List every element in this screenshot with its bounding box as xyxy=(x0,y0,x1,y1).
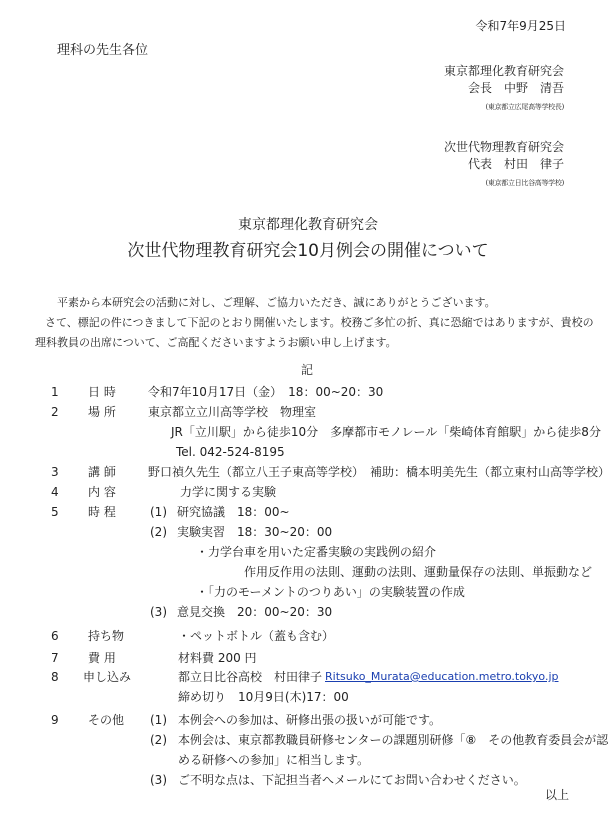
item-5-sub2-text: 実験実習 18：30~20：00 xyxy=(177,526,332,538)
sender1-affiliation: (東京都立広尾高等学校長) xyxy=(485,104,564,111)
item-5-bullet1: ・力学台車を用いた定番実験の実践例の紹介 xyxy=(196,546,436,558)
item-9-sub2-mark: (2) xyxy=(150,734,167,746)
item-9-label: その他 xyxy=(88,714,124,726)
item-5-sub3-text: 意見交換 20：00~20：30 xyxy=(177,606,332,618)
item-3-value: 野口禎久先生（都立八王子東高等学校） 補助：橋本明美先生（都立東村山高等学校） xyxy=(148,466,610,478)
document-date: 令和7年9月25日 xyxy=(475,20,566,32)
item-5-bullet2: ・「力のモーメントのつりあい」の実験装置の作成 xyxy=(196,586,465,598)
item-9-sub1-mark: (1) xyxy=(150,714,167,726)
item-1-number: 1 xyxy=(51,386,59,398)
item-8-number: 8 xyxy=(51,671,59,683)
item-7-number: 7 xyxy=(51,652,59,664)
item-1-label: 日 時 xyxy=(88,386,116,398)
item-5-sub2-mark: (2) xyxy=(150,526,167,538)
item-4-value: 力学に関する実験 xyxy=(180,486,276,498)
ki-heading: 記 xyxy=(301,364,313,376)
item-9-sub2-text-cont: める研修への参加」に相当します。 xyxy=(178,754,369,766)
item-4-label: 内 容 xyxy=(88,486,116,498)
closing-ijou: 以上 xyxy=(545,789,569,801)
item-5-bullet1-detail: 作用反作用の法則、運動の法則、運動量保存の法則、単振動など xyxy=(244,566,592,578)
item-6-label: 持ち物 xyxy=(88,630,124,642)
page-title: 次世代物理教育研究会10月例会の開催について xyxy=(0,243,616,260)
item-3-label: 講 師 xyxy=(88,466,116,478)
contact-email-link[interactable]: Ritsuko_Murata@education.metro.tokyo.jp xyxy=(325,671,559,682)
item-4-number: 4 xyxy=(51,486,59,498)
title-org: 東京都理化教育研究会 xyxy=(0,218,616,232)
item-8-contact: 都立日比谷高校 村田律子 xyxy=(178,671,322,683)
item-2-label: 場 所 xyxy=(88,406,116,418)
item-6-number: 6 xyxy=(51,630,59,642)
sender2-name: 代表 村田 律子 xyxy=(468,158,564,170)
item-5-sub1-mark: (1) xyxy=(150,506,167,518)
item-3-number: 3 xyxy=(51,466,59,478)
item-1-value: 令和7年10月17日（金） 18：00~20：30 xyxy=(148,386,383,398)
item-2-number: 2 xyxy=(51,406,59,418)
item-9-sub1-text: 本例会への参加は、研修出張の扱いが可能です。 xyxy=(178,714,441,726)
item-7-label: 費 用 xyxy=(88,652,116,664)
addressee: 理科の先生各位 xyxy=(57,44,148,57)
sender2-affiliation: (東京都立日比谷高等学校) xyxy=(485,180,564,187)
sender1-org: 東京都理化教育研究会 xyxy=(444,65,564,77)
body-paragraph-2b: 理科教員の出席について、ご高配くださいますようお願い申し上げます。 xyxy=(35,337,397,348)
sender1-name: 会長 中野 清吾 xyxy=(468,82,564,94)
item-7-value: 材料費 200 円 xyxy=(178,652,257,664)
item-8-deadline: 締め切り 10月9日(木)17：00 xyxy=(178,691,349,703)
item-5-label: 時 程 xyxy=(88,506,116,518)
item-2-tel: Tel. 042-524-8195 xyxy=(176,446,285,458)
item-2-value: 東京都立立川高等学校 物理室 xyxy=(148,406,316,418)
item-9-sub2-text: 本例会は、東京都教職員研修センターの課題別研修「⑧ その他教育委員会が認 xyxy=(178,734,608,746)
body-paragraph-1: 平素から本研究会の活動に対し、ご理解、ご協力いただき、誠にありがとうございます。 xyxy=(57,297,496,308)
item-5-number: 5 xyxy=(51,506,59,518)
item-5-sub3-mark: (3) xyxy=(150,606,167,618)
item-8-label: 申し込み xyxy=(83,671,131,683)
item-6-value: ・ペットボトル（蓋も含む） xyxy=(178,630,334,642)
item-5-sub1-text: 研究協議 18：00~ xyxy=(177,506,290,518)
item-9-number: 9 xyxy=(51,714,59,726)
sender2-org: 次世代物理教育研究会 xyxy=(444,141,564,153)
item-9-sub3-mark: (3) xyxy=(150,774,167,786)
item-9-sub3-text: ご不明な点は、下記担当者へメールにてお問い合わせください。 xyxy=(178,774,526,786)
item-2-access: JR「立川駅」から徒歩10分 多摩都市モノレール「柴崎体育館駅」から徒歩8分 xyxy=(171,426,601,438)
body-paragraph-2a: さて、標記の件につきまして下記のとおり開催いたします。校務ご多忙の折、真に恐縮で… xyxy=(45,317,594,328)
